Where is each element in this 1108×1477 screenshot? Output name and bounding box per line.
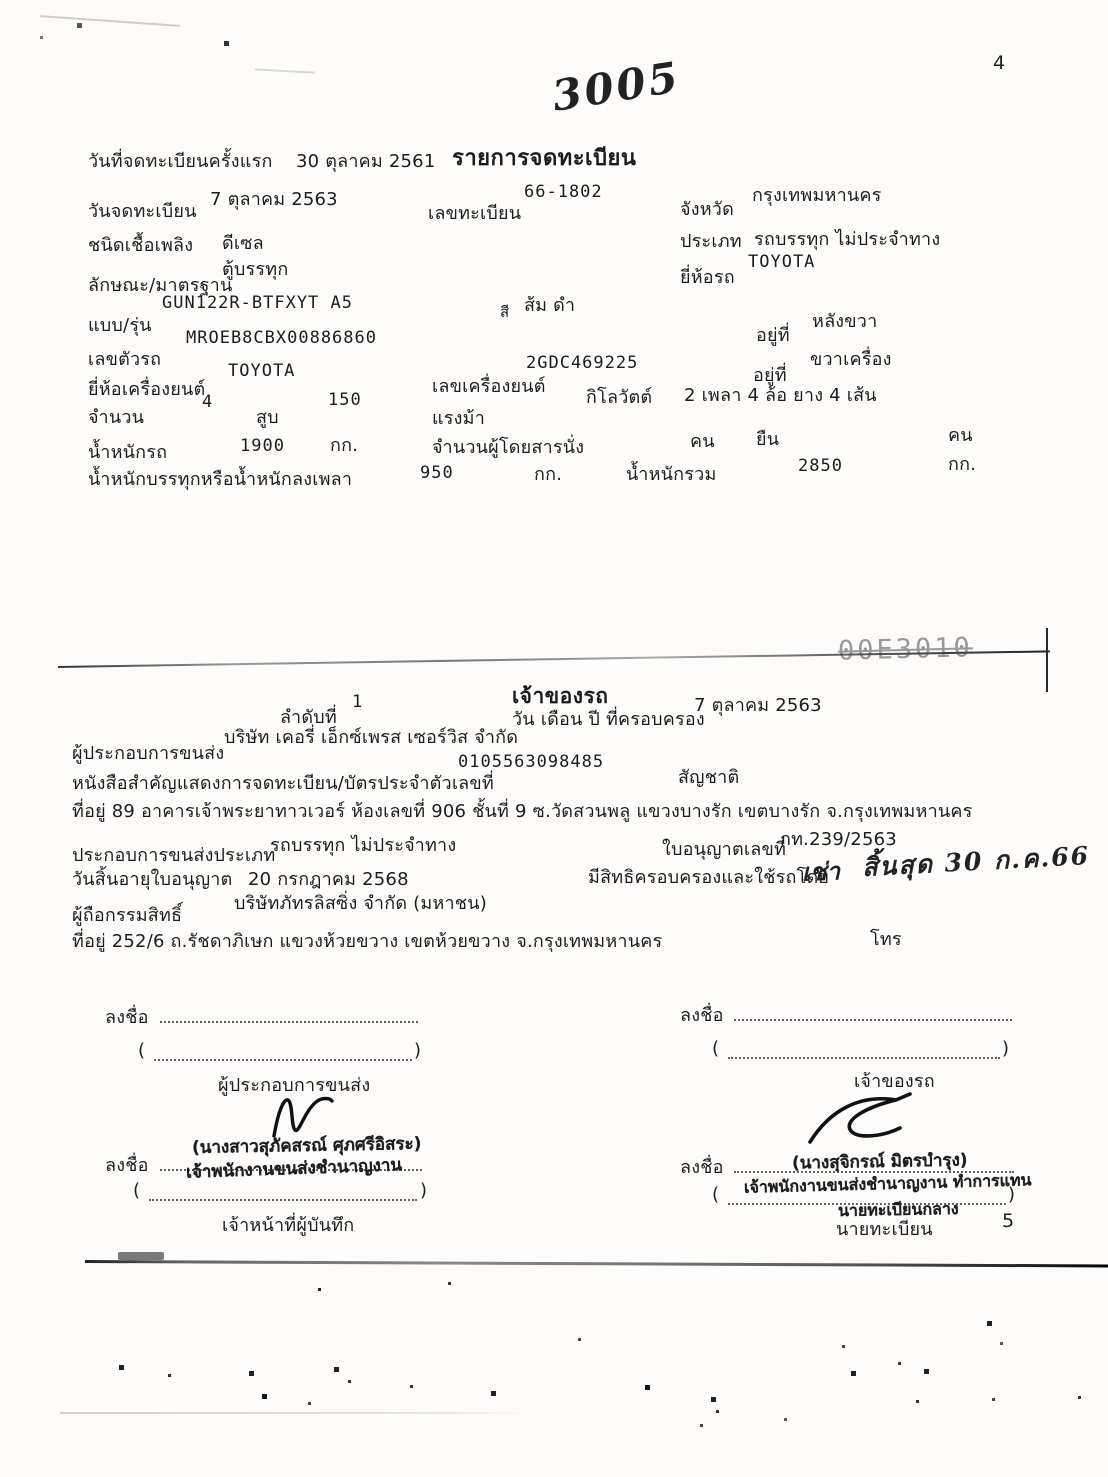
phone-label: โทร xyxy=(870,924,902,953)
vehicle-brand-value: TOYOTA xyxy=(748,252,815,272)
axles-wheels-tires-value: 2 เพลา 4 ล้อ ยาง 4 เส้น xyxy=(684,380,877,409)
paren-open: ( xyxy=(133,1180,140,1201)
paren-open: ( xyxy=(712,1184,719,1205)
license-expiry-label: วันสิ้นอายุใบอนุญาต xyxy=(72,864,232,893)
seated-passengers-unit: คน xyxy=(690,426,715,455)
transport-operator-label: ผู้ประกอบการขนส่ง xyxy=(72,738,224,767)
handwritten-signature-right xyxy=(800,1090,930,1150)
engine-brand-label: ยี่ห้อเครื่องยนต์ xyxy=(88,374,205,403)
registration-date-label: วันจดทะเบียน xyxy=(88,196,197,225)
page-number-bottom: 5 xyxy=(1002,1210,1014,1232)
engine-brand-value: TOYOTA xyxy=(228,361,295,381)
standing-passengers-unit: คน xyxy=(948,420,973,449)
nationality-label: สัญชาติ xyxy=(678,762,739,791)
color-value: ส้ม ดำ xyxy=(524,290,575,319)
fuel-type-label: ชนิดเชื้อเพลิง xyxy=(88,230,193,259)
name-dotted-line xyxy=(149,1198,417,1201)
first-registration-label: วันที่จดทะเบียนครั้งแรก xyxy=(88,146,273,175)
name-dotted-line xyxy=(728,1056,1000,1059)
possession-date-value: 7 ตุลาคม 2563 xyxy=(694,690,822,719)
load-weight-label: น้ำหนักบรรทุกหรือน้ำหนักลงเพลา xyxy=(88,464,352,493)
vehicle-weight-value: 1900 xyxy=(240,436,285,456)
sign-label: ลงชื่อ xyxy=(105,1150,149,1179)
possession-right-label: มีสิทธิครอบครองและใช้รถโดย xyxy=(588,862,829,891)
paren-close: ) xyxy=(414,1040,421,1061)
fuel-type-value: ดีเซล xyxy=(222,228,264,257)
possession-date-label: วัน เดือน ปี ที่ครอบครอง xyxy=(512,704,705,733)
paren-open: ( xyxy=(138,1040,145,1061)
vehicle-brand-label: ยี่ห้อรถ xyxy=(680,262,735,291)
license-number-label: ใบอนุญาตเลขที่ xyxy=(662,834,786,863)
sign-label: ลงชื่อ xyxy=(680,1000,724,1029)
plate-number-label: เลขทะเบียน xyxy=(428,198,521,227)
horsepower-value: 150 xyxy=(328,390,362,410)
paren-close: ) xyxy=(1002,1038,1009,1059)
right-signer-title-stamp: เจ้าพนักงานขนส่งชำนาญงาน ทำการแทน xyxy=(744,1168,1032,1201)
registration-title: รายการจดทะเบียน xyxy=(452,140,636,175)
possession-right-handwritten-value: เช่า xyxy=(801,851,840,891)
kilowatt-label: กิโลวัตต์ xyxy=(586,382,652,411)
engine-number-value: 2GDC469225 xyxy=(526,353,638,373)
first-registration-value: 30 ตุลาคม 2561 xyxy=(296,146,436,175)
model-value: GUN122R-BTFXYT A5 xyxy=(162,293,353,313)
cylinders-unit: สูบ xyxy=(256,402,279,431)
paren-open: ( xyxy=(712,1038,719,1059)
registration-date-value: 7 ตุลาคม 2563 xyxy=(210,184,338,213)
chassis-number-label: เลขตัวรถ xyxy=(88,344,161,373)
gross-weight-value: 2850 xyxy=(798,456,843,476)
load-weight-unit: กก. xyxy=(534,459,562,488)
cylinders-label: จำนวน xyxy=(88,402,144,431)
chassis-location-label: อยู่ที่ xyxy=(756,320,790,349)
scanned-registration-document: 3005 4 รายการจดทะเบียน วันที่จดทะเบียนคร… xyxy=(0,0,1108,1477)
handwritten-doc-number: 3005 xyxy=(549,52,684,121)
certificate-number-value: 0105563098485 xyxy=(458,752,604,772)
scan-noise xyxy=(255,68,315,73)
crossed-out-stamp-code: 00E3010 xyxy=(838,632,974,667)
province-value: กรุงเทพมหานคร xyxy=(752,180,882,209)
paren-close: ) xyxy=(420,1180,427,1201)
standing-passengers-label: ยืน xyxy=(756,424,779,453)
lien-holder-address: ที่อยู่ 252/6 ถ.รัชดาภิเษก แขวงห้วยขวาง … xyxy=(72,926,662,955)
lien-holder-label: ผู้ถือกรรมสิทธิ์ xyxy=(72,900,182,929)
vehicle-category-label: ประเภท xyxy=(680,226,742,255)
chassis-location-value: หลังขวา xyxy=(812,306,877,335)
owner-order-value: 1 xyxy=(352,692,363,712)
scan-noise xyxy=(40,15,180,27)
transport-type-value: รถบรรทุก ไม่ประจำทาง xyxy=(270,830,456,859)
operator-address: ที่อยู่ 89 อาคารเจ้าพระยาทาวเวอร์ ห้องเล… xyxy=(72,796,973,825)
vehicle-category-value: รถบรรทุก ไม่ประจำทาง xyxy=(754,224,940,253)
sign-label: ลงชื่อ xyxy=(680,1152,724,1181)
divider-end-tick xyxy=(1046,628,1048,692)
transport-operator-value: บริษัท เคอรี่ เอ็กซ์เพรส เซอร์วิส จำกัด xyxy=(224,722,518,751)
signature-dotted-line xyxy=(734,1018,1012,1021)
certificate-number-label: หนังสือสำคัญแสดงการจดทะเบียน/บัตรประจำตั… xyxy=(72,768,494,797)
lien-holder-value: บริษัทภัทรลิสซิ่ง จำกัด (มหาชน) xyxy=(234,888,487,917)
page-number-top: 4 xyxy=(993,52,1005,74)
vehicle-weight-label: น้ำหนักรถ xyxy=(88,437,167,466)
engine-location-value: ขวาเครื่อง xyxy=(810,344,892,373)
sign-label: ลงชื่อ xyxy=(105,1002,149,1031)
plate-number-value: 66-1802 xyxy=(524,182,603,202)
horsepower-label: แรงม้า xyxy=(432,403,485,432)
scan-faint-line xyxy=(60,1412,530,1414)
engine-number-label: เลขเครื่องยนต์ xyxy=(432,371,546,400)
seated-passengers-label: จำนวนผู้โดยสารนั่ง xyxy=(432,432,584,461)
cylinders-value: 4 xyxy=(202,392,213,412)
province-label: จังหวัด xyxy=(680,194,734,223)
scan-smudge xyxy=(118,1252,164,1260)
registrar-caption: นายทะเบียน xyxy=(836,1214,933,1243)
name-dotted-line xyxy=(154,1058,412,1061)
model-label: แบบ/รุ่น xyxy=(88,310,152,339)
recorder-role-caption: เจ้าหน้าที่ผู้บันทึก xyxy=(222,1210,354,1239)
scan-noise xyxy=(0,0,3,3)
gross-weight-label: น้ำหนักรวม xyxy=(626,459,717,488)
load-weight-value: 950 xyxy=(420,463,454,483)
color-label: สี xyxy=(500,300,509,324)
signature-dotted-line xyxy=(160,1020,418,1023)
gross-weight-unit: กก. xyxy=(948,449,976,478)
chassis-number-value: MROEB8CBX00886860 xyxy=(186,328,377,348)
vehicle-weight-unit: กก. xyxy=(330,430,358,459)
scan-edge-line xyxy=(85,1260,1108,1267)
paren-close: ) xyxy=(1008,1184,1015,1205)
